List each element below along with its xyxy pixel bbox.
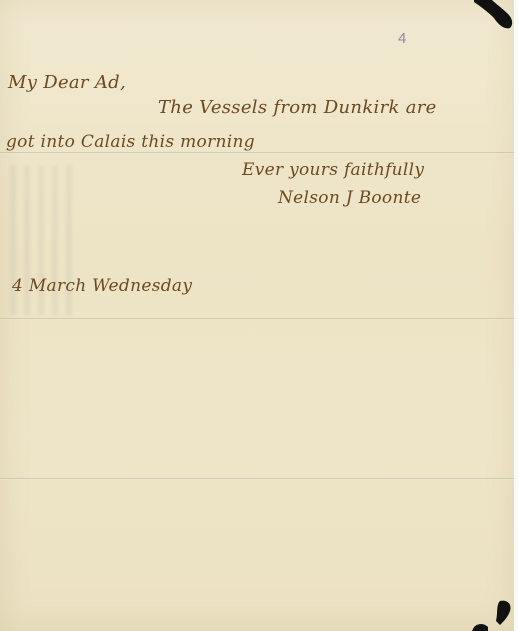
- body-line-1: The Vessels from Dunkirk are: [158, 97, 437, 118]
- salutation: My Dear Ad,: [8, 72, 126, 93]
- page-edge: [514, 0, 518, 631]
- body-line-2: got into Calais this morning: [6, 132, 255, 152]
- letter-page: 4 My Dear Ad, The Vessels from Dunkirk a…: [0, 0, 516, 631]
- wax-seal-remnant-icon: [470, 599, 512, 631]
- fold-line: [0, 318, 516, 320]
- signature: Nelson J Boonte: [278, 188, 421, 208]
- date-line: 4 March Wednesday: [12, 276, 192, 296]
- fold-line: [0, 152, 516, 154]
- page-number-mark: 4: [398, 30, 406, 47]
- wax-seal-remnant-icon: [474, 0, 514, 30]
- fold-line: [0, 478, 516, 480]
- closing: Ever yours faithfully: [242, 160, 424, 180]
